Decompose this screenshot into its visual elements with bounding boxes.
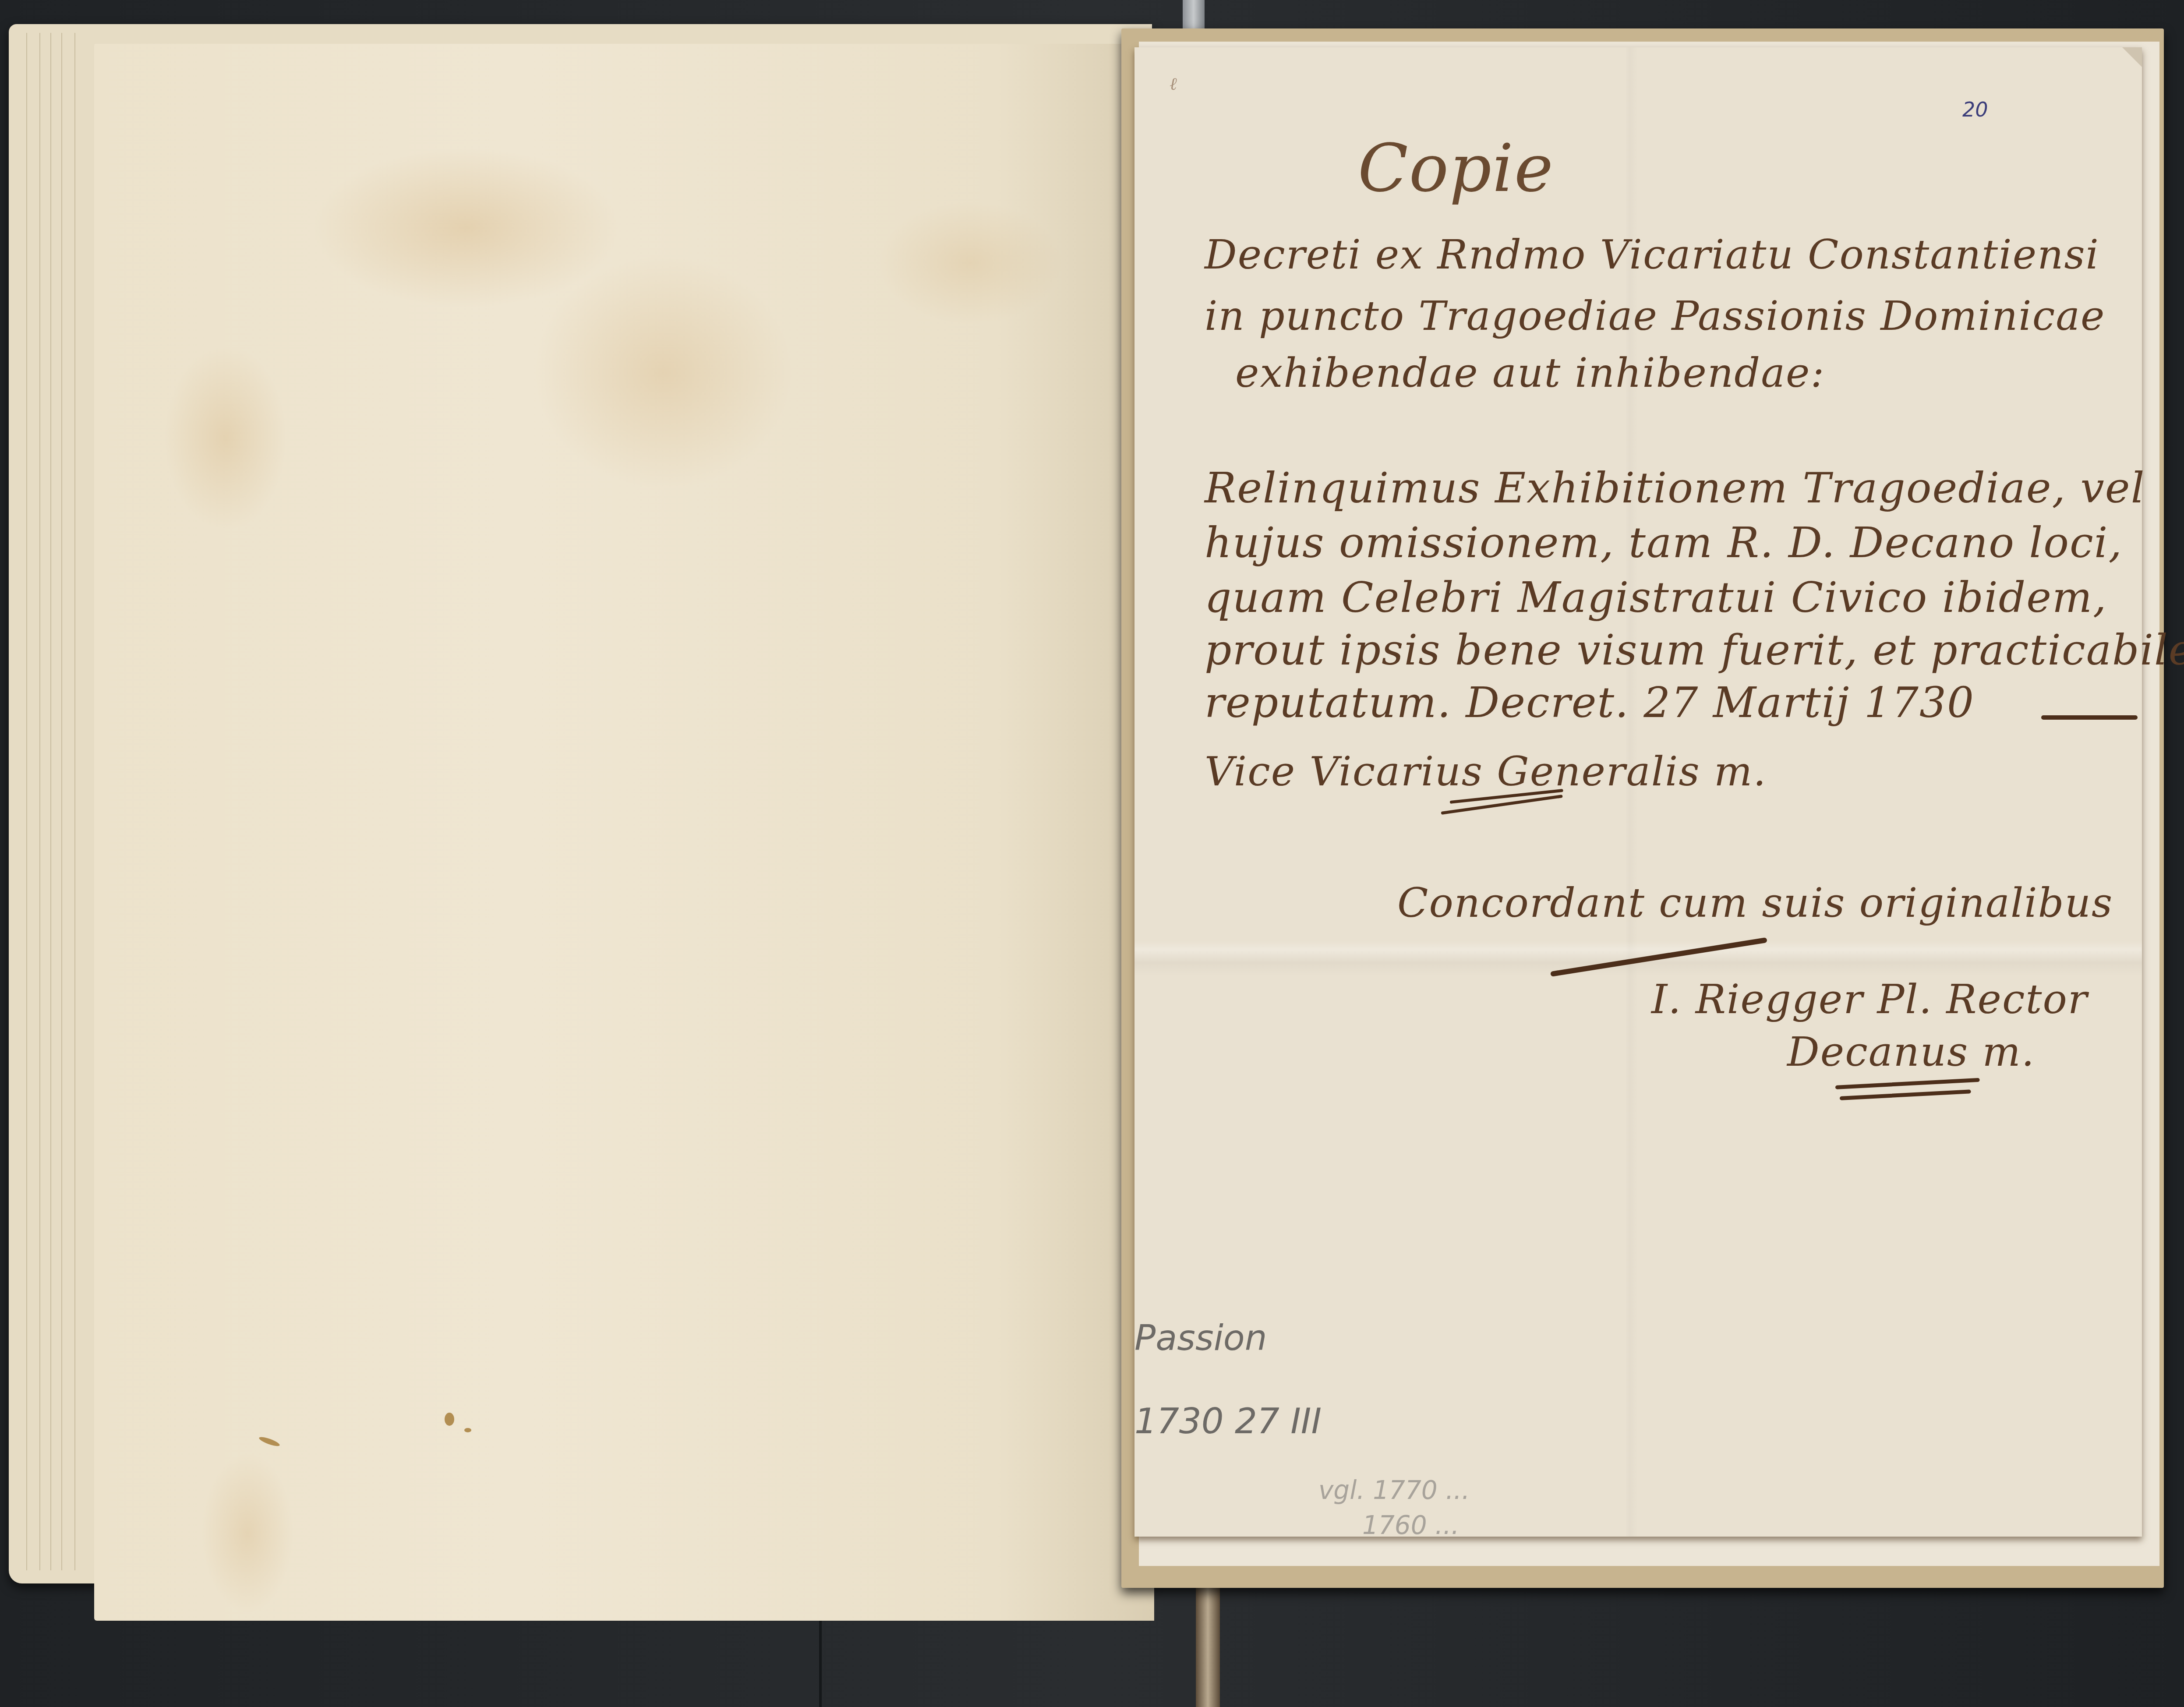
signature-flourish-3	[1835, 1078, 1980, 1089]
holder-clip-bottom	[1196, 1586, 1220, 1707]
pencil-note-date: 1730 27 III	[1134, 1401, 1322, 1442]
pencil-note-faint-2: 1760 ...	[1362, 1510, 1459, 1540]
line-end-flourish	[2041, 715, 2138, 720]
folded-corner	[2122, 47, 2142, 67]
pencil-note-faint-1: vgl. 1770 ...	[1318, 1475, 1470, 1505]
signature-decanus: Decanus m.	[1787, 1028, 2035, 1075]
header-line-1: Decreti ex Rndmo Vicariatu Constantiensi	[1205, 231, 2099, 278]
folio-number: 20	[1962, 98, 1988, 121]
signature-flourish-4	[1840, 1089, 1971, 1100]
signature-riegger: I. Riegger Pl. Rector	[1651, 976, 2088, 1023]
manuscript-page: ℓ 20 Copie Decreti ex Rndmo Vicariatu Co…	[1134, 47, 2142, 1537]
body-line-3: quam Celebri Magistratui Civico ibidem,	[1205, 573, 2107, 622]
header-line-2: in puncto Tragoediae Passionis Dominicae	[1205, 293, 2106, 339]
body-line-4: prout ipsis bene visum fuerit, et practi…	[1205, 626, 2184, 675]
body-line-5: reputatum. Decret. 27 Martij 1730	[1205, 678, 1975, 727]
pencil-note-subject: Passion	[1134, 1318, 1267, 1358]
left-page-blank	[94, 44, 1154, 1621]
document-heading: Copie	[1358, 131, 1554, 207]
holder-clip-top	[1183, 0, 1205, 33]
attestation-line: Concordant cum suis originalibus	[1397, 880, 2113, 926]
body-line-2: hujus omissionem, tam R. D. Decano loci,	[1205, 518, 2123, 567]
margin-mark: ℓ	[1170, 74, 1177, 94]
signature-vice-vicar: Vice Vicarius Generalis m.	[1205, 748, 1767, 795]
signature-underline	[1550, 937, 1767, 977]
header-line-3: exhibendae aut inhibendae:	[1235, 350, 1825, 396]
body-line-1: Relinquimus Exhibitionem Tragoediae, vel	[1205, 463, 2145, 512]
